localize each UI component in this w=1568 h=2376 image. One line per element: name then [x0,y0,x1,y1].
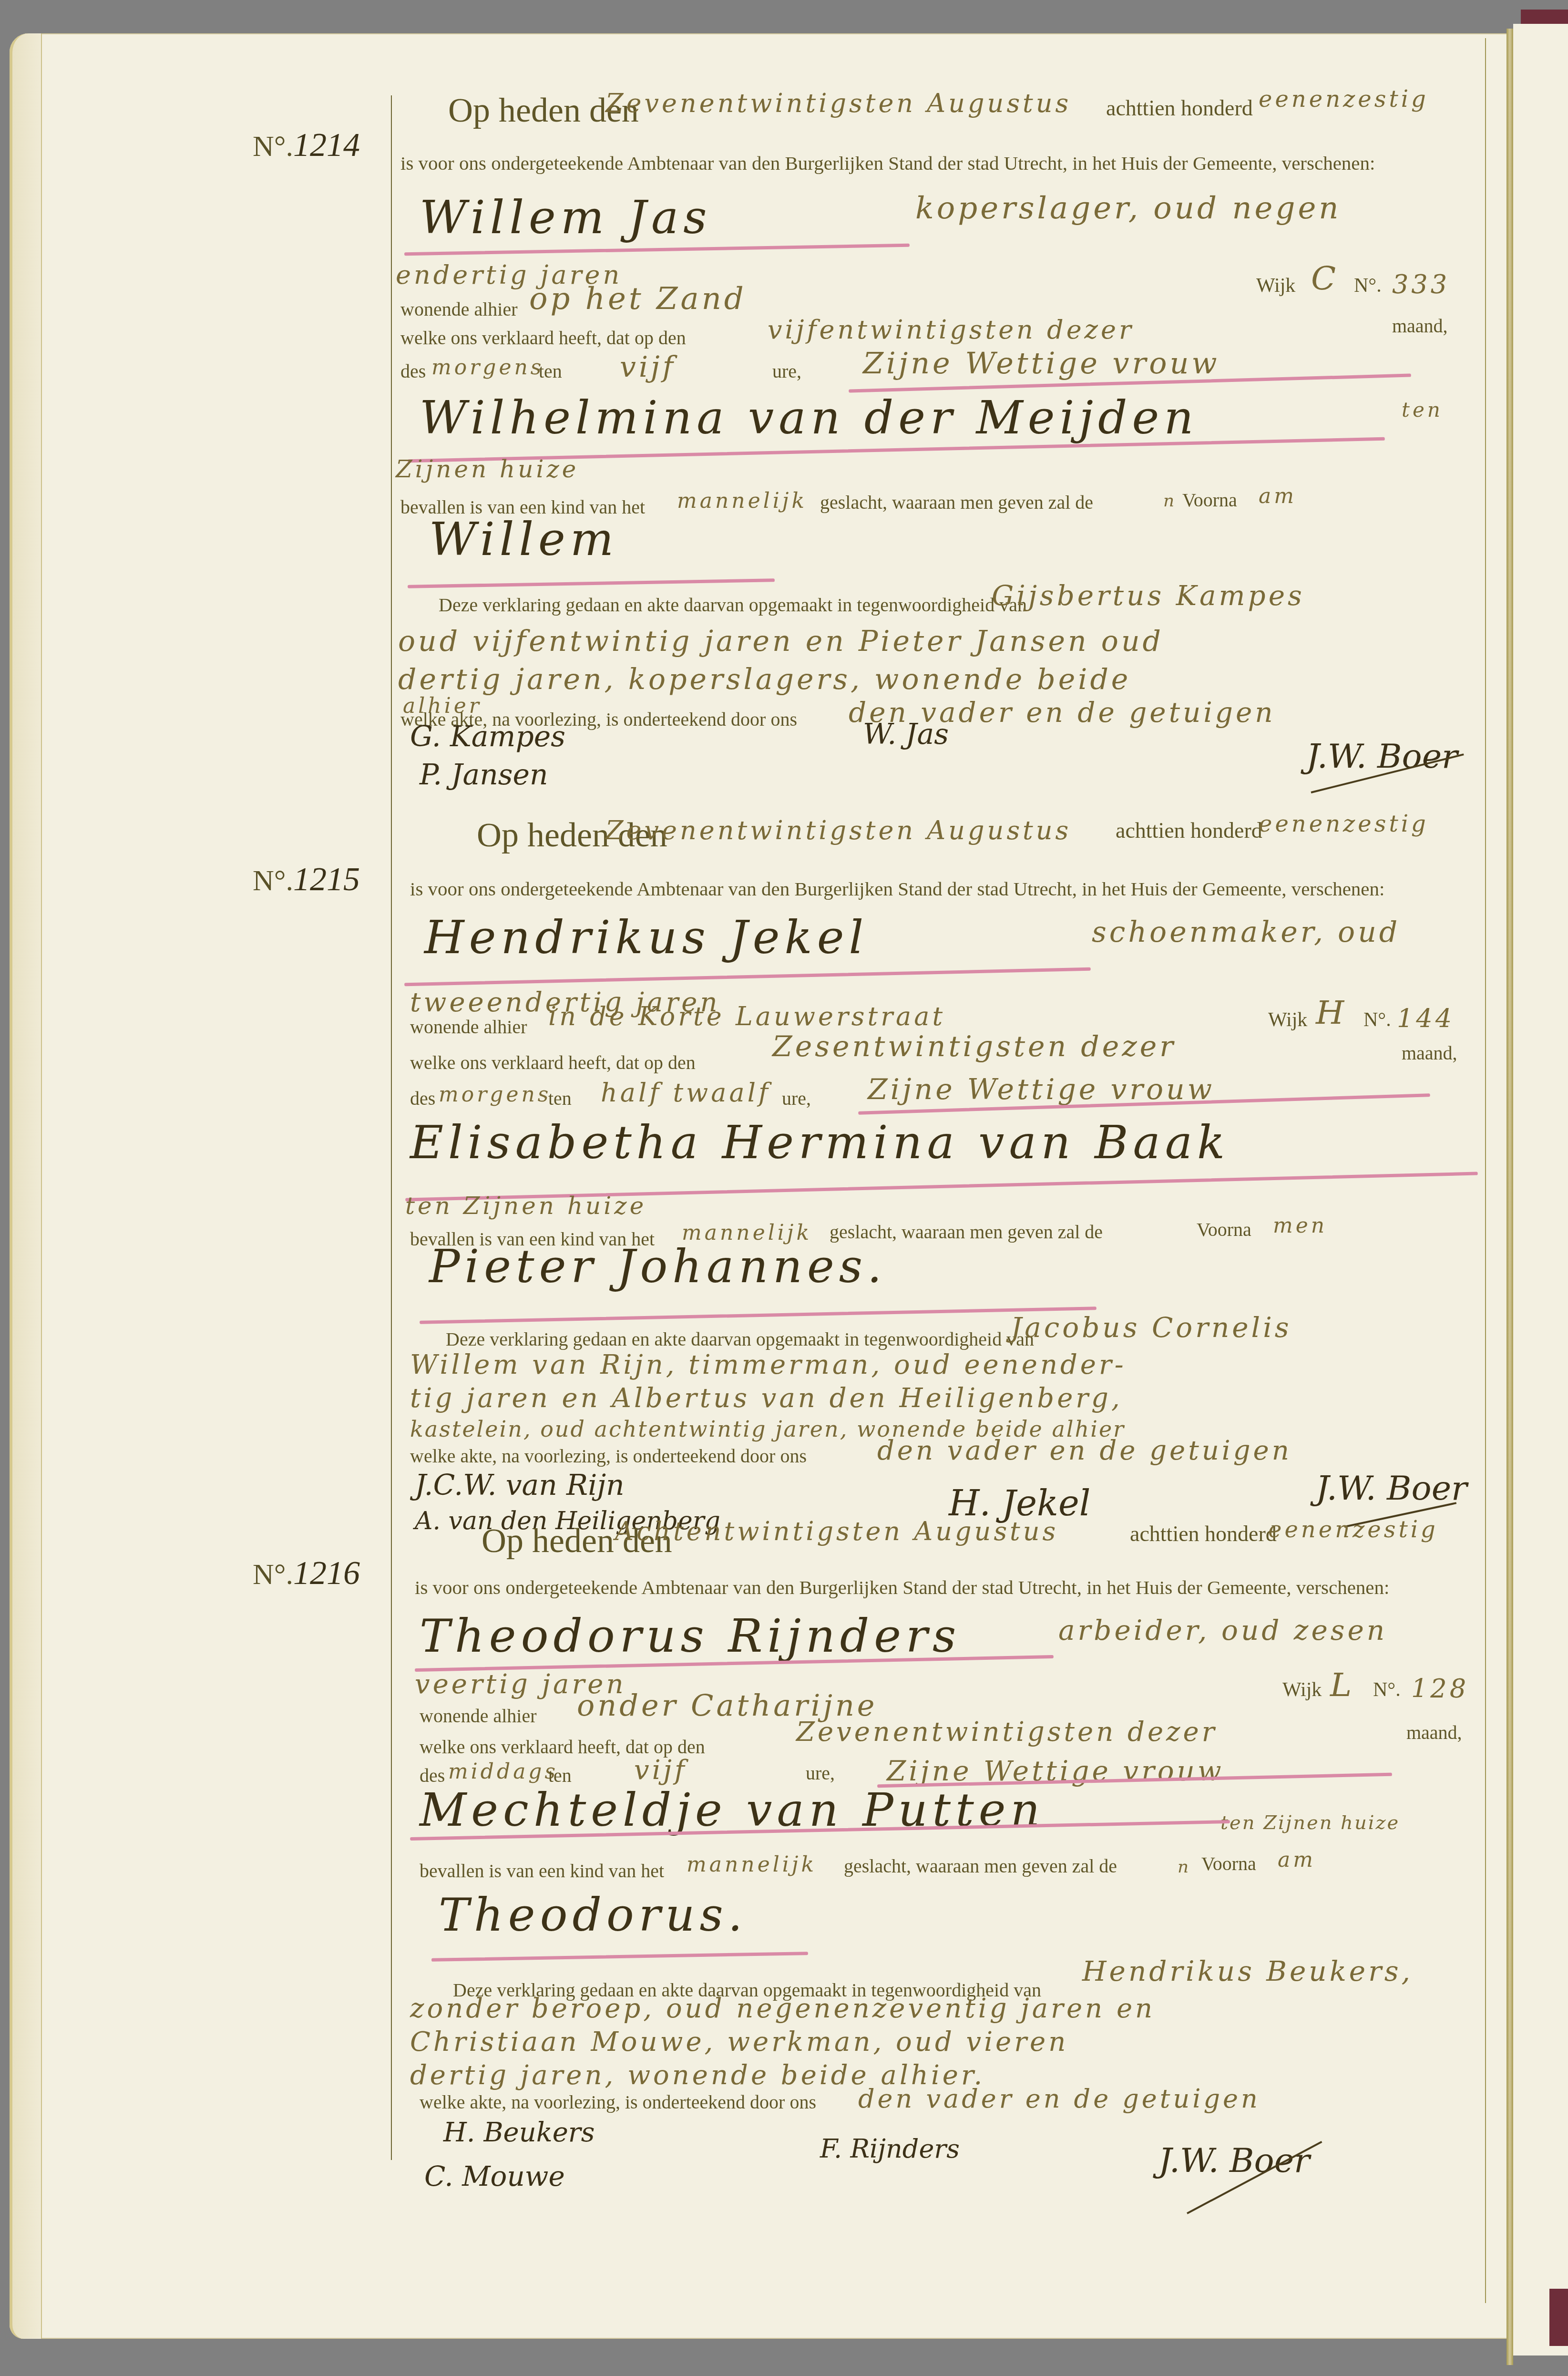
father-name: Theodorus Rijnders [420,1609,961,1663]
witness-line-2: zonder beroep, oud negenenzeventig jaren… [410,1993,1155,2024]
date-day: Zevenentwintigsten Augustus [605,88,1071,118]
form-appearance-line: is voor ons ondergeteekende Ambtenaar va… [415,1576,1389,1599]
form-voorna: Voorna [1182,489,1237,511]
signature-witness-2: P. Jansen [420,758,548,792]
form-wijk: Wijk [1256,274,1295,297]
form-maand: maand, [1402,1042,1457,1064]
date-day: Achtentwintigsten Augustus [615,1516,1058,1546]
wijk-letter: H [1316,994,1347,1032]
form-geslacht: geslacht, waaraan men geven zal de [820,491,1093,514]
form-no: N°. [1363,1008,1391,1031]
form-achttien-honderd: achttien honderd [1106,95,1253,121]
date-day: Zevenentwintigsten Augustus [605,815,1071,845]
signature-registrar: J.W. Boer [1306,737,1458,776]
mother-name: Elisabetha Hermina van Baak [410,1116,1230,1169]
book-gutter [1507,29,1513,2365]
name-suffix-hand: men [1273,1214,1327,1238]
mother-tail: ten Zijnen huize [1220,1812,1400,1834]
name-suffix-hand: am [1278,1848,1316,1872]
signature-witness-1: G. Kampes [410,720,565,753]
form-maand: maand, [1392,315,1448,337]
house-number: 333 [1392,269,1450,299]
form-wonende: wonende alhier [410,1016,527,1038]
form-ure: ure, [772,360,801,382]
wife-intro: Zijne Wettige vrouw [868,1073,1215,1106]
witness-line-3: tig jaren en Albertus van den Heiligenbe… [410,1383,1123,1414]
form-ure: ure, [782,1087,811,1110]
signature-witness-2: C. Mouwe [424,2160,565,2192]
father-occupation: koperslager, oud negen [915,191,1342,226]
form-wonende: wonende alhier [400,298,517,320]
witness-line-3: Christiaan Mouwe, werkman, oud vieren [410,2026,1068,2057]
witness-line-1: Jacobus Cornelis [1011,1311,1291,1344]
form-voorna: Voorna [1197,1218,1251,1241]
birth-day: Zesentwintigsten dezer [772,1030,1176,1063]
witness-line-2: oud vijfentwintig jaren en Pieter Jansen… [398,625,1164,658]
signature-father: W. Jas [863,718,949,751]
form-appearance-line: is voor ons ondergeteekende Ambtenaar va… [410,877,1384,900]
signed-by: den vader en de getuigen [858,2084,1261,2114]
form-achttien-honderd: achttien honderd [1116,818,1262,843]
signed-by: den vader en de getuigen [877,1435,1292,1466]
house-number: 144 [1397,1004,1455,1034]
father-occupation: schoenmaker, oud [1092,915,1400,949]
witness-line-2: Willem van Rijn, timmerman, oud eenender… [410,1349,1127,1380]
form-wijk: Wijk [1282,1678,1322,1701]
witness-line-1: Gijsbertus Kampes [992,579,1305,612]
child-name: Willem [429,513,618,566]
form-no: N°. [1373,1678,1401,1701]
form-verklaard: welke ons verklaard heeft, dat op den [410,1051,696,1074]
form-verklaring: Deze verklaring gedaan en akte daarvan o… [446,1328,1034,1350]
form-wijk: Wijk [1268,1008,1307,1031]
birth-day: Zevenentwintigsten dezer [796,1717,1217,1748]
form-ure: ure, [806,1762,835,1784]
form-voorna: Voorna [1201,1852,1256,1875]
mother-name: Wilhelmina van der Meijden [420,391,1198,444]
time-of-day: morgens [439,1082,551,1107]
form-geslacht: geslacht, waaraan men geven zal de [844,1855,1117,1877]
form-welke-akte: welke akte, na voorlezing, is onderteeke… [410,1445,807,1467]
form-achttien-honderd: achttien honderd [1130,1521,1277,1546]
father-address: op het Zand [529,281,747,317]
form-appearance-line: is voor ons ondergeteekende Ambtenaar va… [400,152,1375,175]
father-name: Willem Jas [420,191,711,244]
child-name: Pieter Johannes. [429,1240,887,1293]
witness-line-3: dertig jaren, koperslagers, wonende beid… [398,663,1131,696]
birth-day: vijfentwintigsten dezer [768,315,1134,345]
time-of-day: morgens [431,355,544,380]
form-wonende: wonende alhier [420,1705,536,1727]
birth-hour: half twaalf [601,1078,771,1108]
form-welke-akte: welke akte, na voorlezing, is onderteeke… [420,2091,816,2113]
form-ten: ten [539,360,562,382]
mother-tail: ten [1402,398,1443,422]
form-no: N°. [1354,274,1382,297]
father-address: in de Korte Lauwerstraat [548,1001,945,1031]
time-of-day: middags [448,1759,558,1784]
act-number: N°.1215 [253,861,360,899]
date-year: eenenzestig [1268,1516,1438,1543]
signature-registrar: J.W. Boer [1316,1469,1467,1508]
margin-rule [391,95,392,2160]
witness-line-1: Hendrikus Beukers, [1082,1955,1413,1987]
house-number: 128 [1411,1674,1469,1704]
signature-witness-1: H. Beukers [443,2117,594,2148]
name-suffix-hand: am [1259,484,1297,508]
form-maand: maand, [1406,1721,1462,1744]
facing-page-edge [1513,24,1568,2355]
act-number: N°.1216 [253,1554,360,1593]
birth-hour: vijf [634,1755,687,1786]
birth-place: ten Zijnen huize [405,1192,646,1220]
child-name: Theodorus. [439,1888,747,1942]
name-suffix: n [1163,491,1177,511]
name-suffix: n [1178,1857,1191,1877]
form-bevallen: bevallen is van een kind van het [420,1860,664,1882]
form-verklaring: Deze verklaring gedaan en akte daarvan o… [439,594,1027,616]
child-sex: mannelijk [677,489,807,513]
wijk-letter: L [1330,1666,1354,1704]
form-ten: ten [548,1087,572,1110]
father-name: Hendrikus Jekel [424,911,868,964]
right-margin-rule [1485,38,1486,2303]
birth-hour: vijf [620,350,676,384]
form-des: des [400,360,426,382]
date-year: eenenzestig [1259,86,1429,113]
wife-intro: Zijne Wettige vrouw [863,346,1220,381]
book-cover-bottom [1549,2289,1568,2346]
page-stack-edge [10,33,42,2339]
wijk-letter: C [1311,260,1339,298]
date-year: eenenzestig [1259,811,1429,837]
birth-place: Zijnen huize [396,455,579,483]
form-verklaard: welke ons verklaard heeft, dat op den [400,327,686,349]
signature-father: F. Rijnders [820,2134,960,2164]
signature-witness-1: J.C.W. van Rijn [415,1469,625,1502]
act-number: N°.1214 [253,126,360,165]
child-sex: mannelijk [687,1852,817,1877]
form-des: des [410,1087,435,1110]
father-occupation: arbeider, oud zesen [1058,1614,1387,1646]
